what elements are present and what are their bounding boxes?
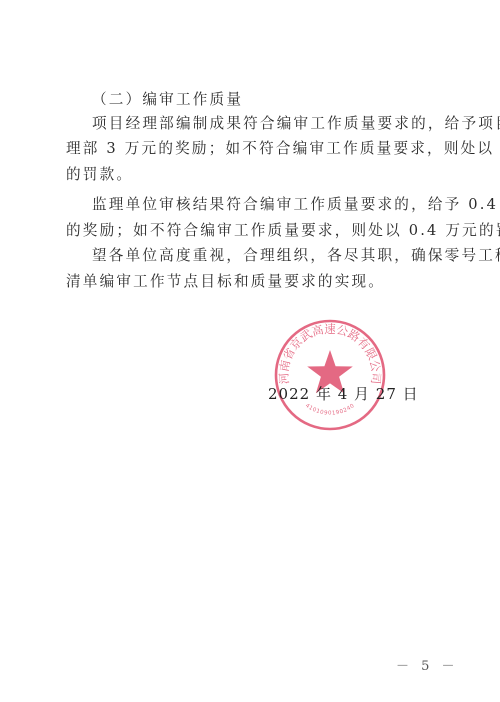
paragraph-line: 项目经理部编制成果符合编审工作质量要求的，给予项目经 <box>92 115 500 133</box>
paragraph-line: 监理单位审核结果符合编审工作质量要求的，给予 0.4 万元 <box>92 196 500 214</box>
paragraph-line: 的奖励；如不符合编审工作质量要求，则处以 0.4 万元的罚款。 <box>66 222 500 240</box>
paragraph-line: 的罚款。 <box>66 166 133 184</box>
company-seal: 河南省京武高速公路有限公司 4101090190240 <box>273 318 387 432</box>
seal-code: 4101090190240 <box>304 403 356 417</box>
page-number: － 5 － <box>396 655 459 674</box>
document-date: 2022 年 4 月 27 日 <box>268 383 419 404</box>
paragraph-line: 清单编审工作节点目标和质量要求的实现。 <box>66 273 385 291</box>
document-page: （二）编审工作质量 项目经理部编制成果符合编审工作质量要求的，给予项目经 理部 … <box>0 0 500 702</box>
paragraph-line: 理部 3 万元的奖励；如不符合编审工作质量要求，则处以 3 万元 <box>66 140 500 158</box>
paragraph-line: 望各单位高度重视，合理组织，各尽其职，确保零号工程量 <box>92 247 500 265</box>
section-heading: （二）编审工作质量 <box>92 91 243 109</box>
